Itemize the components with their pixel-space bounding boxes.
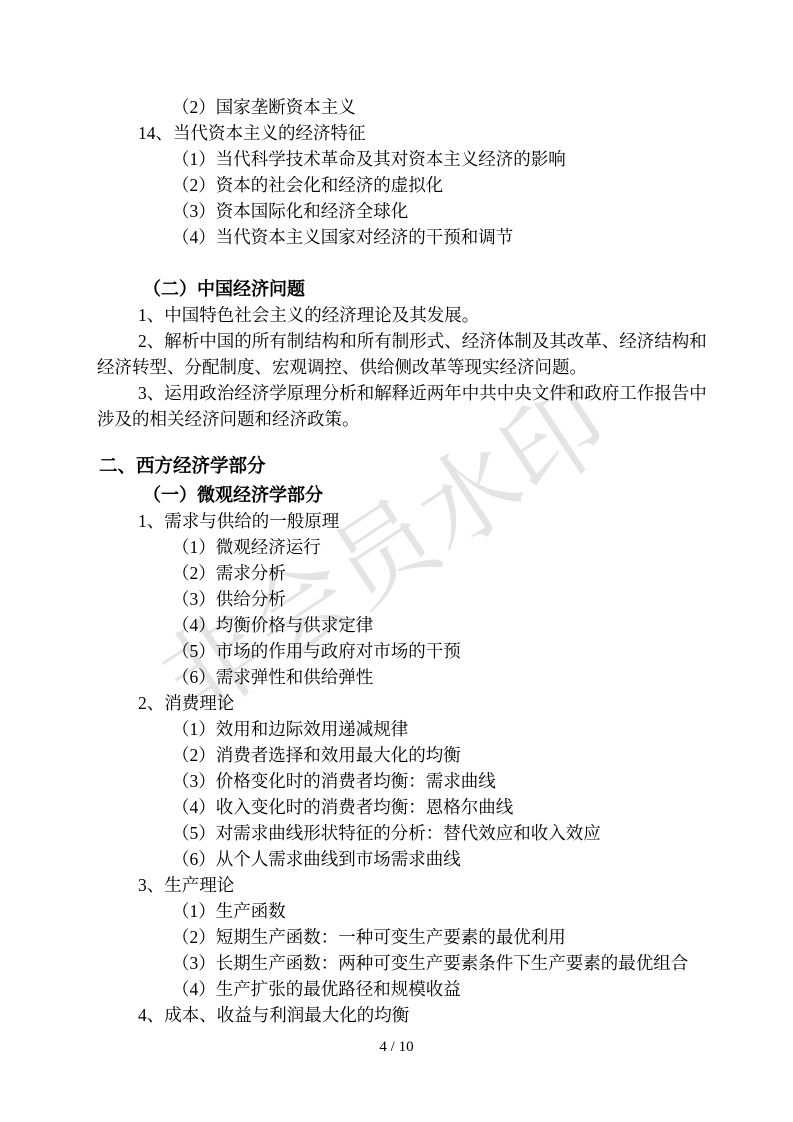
doc-line: （3）资本国际化和经济全球化 [97,198,697,224]
doc-line: （4）当代资本主义国家对经济的干预和调节 [97,224,697,250]
doc-line: （5）对需求曲线形状特征的分析：替代效应和收入效应 [97,820,697,846]
doc-line: 14、当代资本主义的经济特征 [97,120,697,146]
doc-line: （1）效用和边际效用递减规律 [97,716,697,742]
doc-line: （3）价格变化时的消费者均衡：需求曲线 [97,768,697,794]
doc-line: 二、西方经济学部分 [97,454,697,480]
page-number: 4 / 10 [0,1038,793,1056]
doc-line: （4）收入变化时的消费者均衡：恩格尔曲线 [97,794,697,820]
doc-line: （2）资本的社会化和经济的虚拟化 [97,172,697,198]
doc-line: （1）当代科学技术革命及其对资本主义经济的影响 [97,146,697,172]
doc-line: 涉及的相关经济问题和经济政策。 [97,406,697,432]
document-body: （2）国家垄断资本主义14、当代资本主义的经济特征（1）当代科学技术革命及其对资… [97,94,697,1028]
doc-line: （3）长期生产函数：两种可变生产要素条件下生产要素的最优组合 [97,950,697,976]
doc-line: 3、生产理论 [97,872,697,898]
doc-line: （二）中国经济问题 [97,276,697,302]
doc-line: （6）需求弹性和供给弹性 [97,664,697,690]
doc-line: （2）短期生产函数：一种可变生产要素的最优利用 [97,924,697,950]
doc-line: 1、需求与供给的一般原理 [97,508,697,534]
doc-line: （1）生产函数 [97,898,697,924]
doc-line: （4）均衡价格与供求定律 [97,612,697,638]
doc-line: 2、消费理论 [97,690,697,716]
doc-line [97,250,697,276]
document-page: 非会员水印 （2）国家垄断资本主义14、当代资本主义的经济特征（1）当代科学技术… [0,0,793,1122]
doc-line: 1、中国特色社会主义的经济理论及其发展。 [97,302,697,328]
doc-line: 经济转型、分配制度、宏观调控、供给侧改革等现实经济问题。 [97,354,697,380]
doc-line: 4、成本、收益与利润最大化的均衡 [97,1002,697,1028]
doc-line: 3、运用政治经济学原理分析和解释近两年中共中央文件和政府工作报告中 [97,380,697,406]
doc-line: （6）从个人需求曲线到市场需求曲线 [97,846,697,872]
doc-line: （2）需求分析 [97,560,697,586]
doc-line: （5）市场的作用与政府对市场的干预 [97,638,697,664]
doc-line: （2）消费者选择和效用最大化的均衡 [97,742,697,768]
doc-line: （4）生产扩张的最优路径和规模收益 [97,976,697,1002]
doc-line: （2）国家垄断资本主义 [97,94,697,120]
doc-line: （3）供给分析 [97,586,697,612]
doc-line: （1）微观经济运行 [97,534,697,560]
doc-line: 2、解析中国的所有制结构和所有制形式、经济体制及其改革、经济结构和 [97,328,697,354]
doc-line: （一）微观经济学部分 [97,482,697,508]
